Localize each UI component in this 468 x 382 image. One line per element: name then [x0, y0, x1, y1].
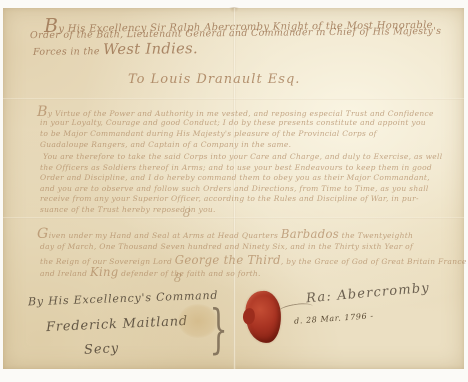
- horizontal-fold-crease: [3, 217, 464, 219]
- body2-line-4: and you are to observe and follow such O…: [40, 184, 429, 193]
- red-wax-seal: [244, 290, 283, 345]
- document-photo: By His Excellency Sir Ralph Abercromby K…: [0, 0, 468, 382]
- docket-date-note: d. 28 Mar. 1796 -: [294, 311, 374, 326]
- body2-line-2: the Officers as Soldiers thereof in Arms…: [40, 163, 432, 172]
- body1-line-4: Guadaloupe Rangers, and Captain of a Com…: [40, 140, 291, 149]
- header-line-3-text: Forces in the: [33, 46, 103, 58]
- manuscript-paper: By His Excellency Sir Ralph Abercromby K…: [3, 8, 464, 369]
- body1-line-3: to be Major Commandant during His Majest…: [40, 129, 377, 138]
- barbados-emphasis: Barbados: [281, 227, 339, 241]
- body2-line-1: You are therefore to take the said Corps…: [43, 152, 442, 161]
- pen-flourish-mark: 8: [173, 271, 183, 286]
- body3-line-1: Given under my Hand and Seal at Arms at …: [37, 226, 413, 242]
- secretary-signature: Frederick Maitland: [46, 314, 189, 335]
- body2-line-3: Order and Discipline, and I do hereby co…: [40, 173, 430, 182]
- body1-line-2: in your Loyalty, Courage and good Conduc…: [40, 118, 426, 127]
- secretary-title: Secy: [84, 341, 120, 358]
- salutation-line: To Louis Dranault Esq.: [128, 72, 300, 87]
- body3-line-1-post: the Twentyeighth: [339, 231, 413, 240]
- header-line-3: Forces in the West Indies.: [33, 40, 198, 59]
- abercromby-signature: Ra: Abercromby: [306, 281, 431, 307]
- body3-line-2: day of March, One Thousand Seven hundred…: [40, 242, 413, 251]
- body3-line-4-pre: and Ireland: [40, 269, 90, 278]
- body3-line-3-post: , by the Grace of God of Great Britain F…: [281, 257, 467, 266]
- body3-line-4: and Ireland King defender of the faith a…: [40, 265, 261, 279]
- king-emphasis: King: [90, 265, 119, 279]
- west-indies-emphasis: West Indies.: [103, 40, 198, 58]
- body2-line-5: receive from any your Superior Officer, …: [40, 194, 419, 203]
- body3-line-1-pre: Given under my Hand and Seal at Arms at …: [37, 231, 281, 240]
- body3-line-4-post: defender of the faith and so forth.: [118, 269, 260, 278]
- paper-stain: [178, 304, 218, 338]
- pen-flourish-mark: 8: [182, 206, 192, 221]
- horizontal-fold-crease: [3, 98, 464, 100]
